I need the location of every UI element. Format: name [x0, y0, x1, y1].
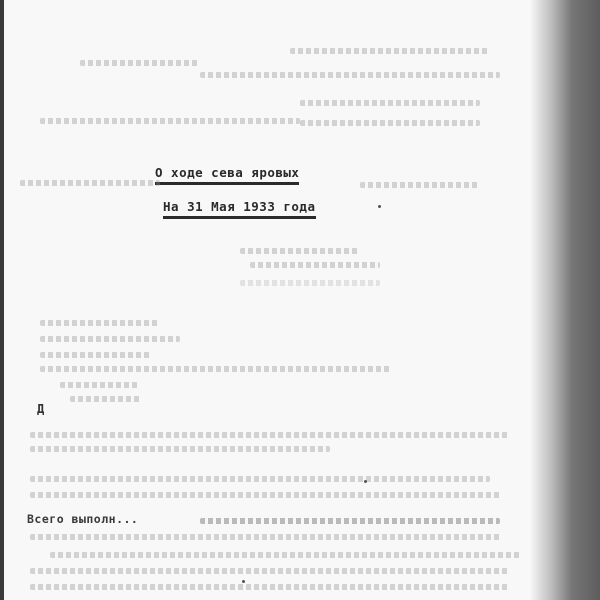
faint-text-line	[240, 280, 380, 286]
fragment-bold-line: Всего выполн...	[27, 512, 138, 526]
faint-text-line	[70, 396, 140, 402]
faint-text-line	[300, 100, 480, 106]
scan-shadow	[530, 0, 600, 600]
faint-text-line	[360, 182, 480, 188]
faint-text-line	[80, 60, 200, 66]
faint-text-line	[30, 534, 500, 540]
scan-edge	[0, 0, 4, 600]
faint-text-line	[40, 320, 160, 326]
faint-text-line	[50, 552, 520, 558]
speck	[364, 480, 367, 483]
speck	[242, 580, 245, 583]
faint-text-line	[30, 568, 510, 574]
faint-text-line	[200, 518, 500, 524]
faint-text-line	[300, 120, 480, 126]
document-page: О ходе сева яровых На 31 Мая 1933 года Д…	[0, 0, 600, 600]
faint-text-line	[60, 382, 140, 388]
faint-text-line	[30, 584, 510, 590]
faint-text-line	[40, 118, 300, 124]
faint-text-line	[250, 262, 380, 268]
faint-text-line	[30, 432, 510, 438]
fragment-letter: Д	[37, 402, 44, 416]
faint-text-line	[40, 366, 390, 372]
faint-text-line	[20, 180, 160, 186]
faint-text-line	[240, 248, 360, 254]
faint-text-line	[40, 352, 150, 358]
faint-text-line	[30, 446, 330, 452]
faint-text-line	[40, 336, 180, 342]
faint-text-line	[30, 476, 490, 482]
speck	[378, 205, 381, 208]
faint-text-line	[290, 48, 490, 54]
faint-text-line	[30, 492, 500, 498]
faint-text-line	[200, 72, 500, 78]
